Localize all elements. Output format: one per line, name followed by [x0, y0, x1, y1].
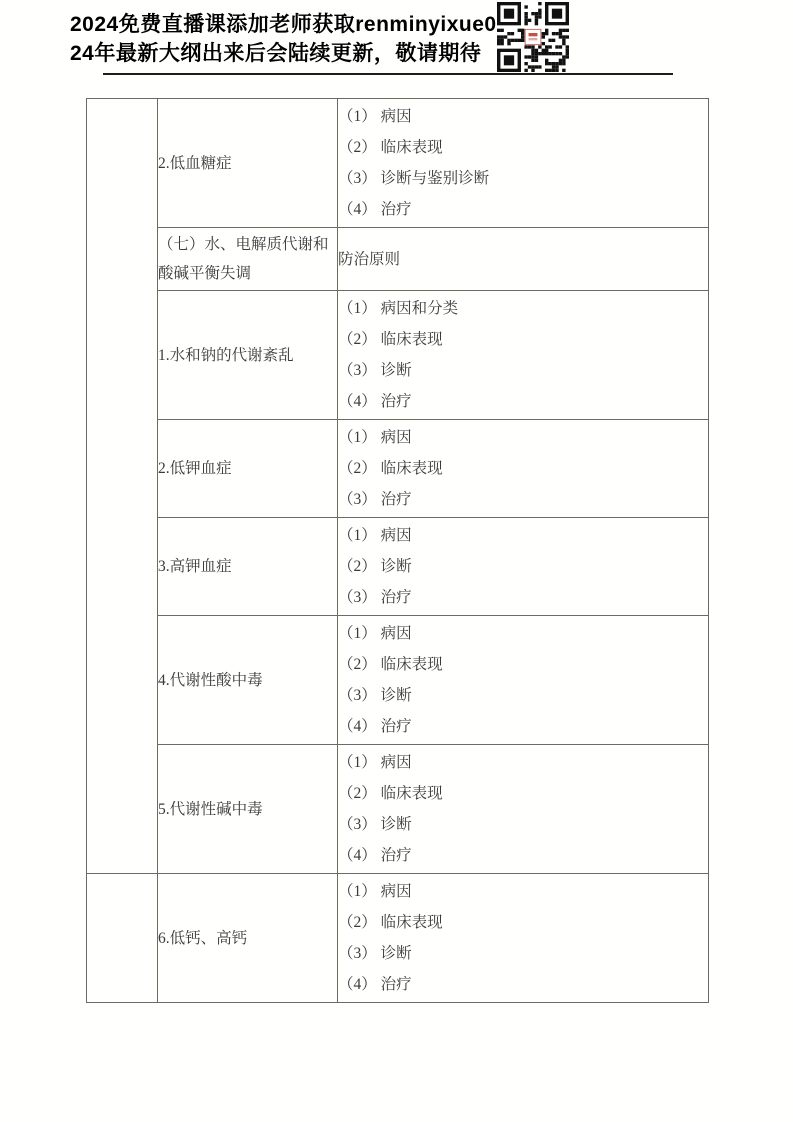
topic-cell: （七）水、电解质代谢和酸碱平衡失调	[158, 228, 338, 291]
item-line: （2） 诊断	[338, 551, 708, 582]
header-promo-line1: 2024免费直播课添加老师获取renminyixue001	[70, 10, 510, 39]
item-line: （2） 临床表现	[338, 324, 708, 355]
table-row: （七）水、电解质代谢和酸碱平衡失调防治原则	[87, 228, 709, 291]
item-line: （1） 病因和分类	[338, 293, 708, 324]
item-line: （3） 诊断	[338, 938, 708, 969]
topic-cell: 5.代谢性碱中毒	[158, 745, 338, 874]
header-divider	[103, 73, 673, 75]
items-cell: （1） 病因和分类（2） 临床表现（3） 诊断（4） 治疗	[338, 291, 709, 420]
header-promo-line2: 24年最新大纲出来后会陆续更新，敬请期待	[70, 39, 510, 68]
items-cell: （1） 病因（2） 临床表现（3） 治疗	[338, 420, 709, 518]
left-spanner-cell	[87, 874, 158, 1003]
item-line: （4） 治疗	[338, 711, 708, 742]
syllabus-table: 2.低血糖症（1） 病因（2） 临床表现（3） 诊断与鉴别诊断（4） 治疗（七）…	[86, 98, 709, 1003]
item-line: （1） 病因	[338, 422, 708, 453]
item-line: （4） 治疗	[338, 386, 708, 417]
document-page: 2024免费直播课添加老师获取renminyixue001 24年最新大纲出来后…	[0, 0, 793, 1122]
item-line: （3） 诊断	[338, 680, 708, 711]
item-line: （2） 临床表现	[338, 132, 708, 163]
header: 2024免费直播课添加老师获取renminyixue001 24年最新大纲出来后…	[70, 10, 510, 68]
item-line: （1） 病因	[338, 618, 708, 649]
item-line: （3） 治疗	[338, 582, 708, 613]
item-line: （1） 病因	[338, 876, 708, 907]
item-line: （2） 临床表现	[338, 778, 708, 809]
items-cell: （1） 病因（2） 临床表现（3） 诊断（4） 治疗	[338, 616, 709, 745]
item-line: 防治原则	[338, 244, 708, 275]
items-cell: （1） 病因（2） 临床表现（3） 诊断与鉴别诊断（4） 治疗	[338, 99, 709, 228]
item-line: （4） 治疗	[338, 194, 708, 225]
items-cell: （1） 病因（2） 临床表现（3） 诊断（4） 治疗	[338, 874, 709, 1003]
item-line: （2） 临床表现	[338, 907, 708, 938]
item-line: （2） 临床表现	[338, 649, 708, 680]
topic-cell: 2.低钾血症	[158, 420, 338, 518]
item-line: （1） 病因	[338, 520, 708, 551]
item-line: （4） 治疗	[338, 840, 708, 871]
table-row: 5.代谢性碱中毒（1） 病因（2） 临床表现（3） 诊断（4） 治疗	[87, 745, 709, 874]
table-row: 6.低钙、高钙（1） 病因（2） 临床表现（3） 诊断（4） 治疗	[87, 874, 709, 1003]
item-line: （3） 诊断	[338, 809, 708, 840]
topic-cell: 4.代谢性酸中毒	[158, 616, 338, 745]
items-cell: 防治原则	[338, 228, 709, 291]
topic-cell: 2.低血糖症	[158, 99, 338, 228]
item-line: （1） 病因	[338, 101, 708, 132]
table-row: 2.低血糖症（1） 病因（2） 临床表现（3） 诊断与鉴别诊断（4） 治疗	[87, 99, 709, 228]
item-line: （4） 治疗	[338, 969, 708, 1000]
table-row: 2.低钾血症（1） 病因（2） 临床表现（3） 治疗	[87, 420, 709, 518]
table-row: 3.高钾血症（1） 病因（2） 诊断（3） 治疗	[87, 518, 709, 616]
item-line: （3） 治疗	[338, 484, 708, 515]
topic-cell: 3.高钾血症	[158, 518, 338, 616]
items-cell: （1） 病因（2） 临床表现（3） 诊断（4） 治疗	[338, 745, 709, 874]
table-row: 4.代谢性酸中毒（1） 病因（2） 临床表现（3） 诊断（4） 治疗	[87, 616, 709, 745]
item-line: （2） 临床表现	[338, 453, 708, 484]
topic-cell: 1.水和钠的代谢紊乱	[158, 291, 338, 420]
item-line: （3） 诊断	[338, 355, 708, 386]
table-row: 1.水和钠的代谢紊乱（1） 病因和分类（2） 临床表现（3） 诊断（4） 治疗	[87, 291, 709, 420]
qr-code-icon	[497, 2, 569, 72]
item-line: （3） 诊断与鉴别诊断	[338, 163, 708, 194]
items-cell: （1） 病因（2） 诊断（3） 治疗	[338, 518, 709, 616]
topic-cell: 6.低钙、高钙	[158, 874, 338, 1003]
left-spanner-cell	[87, 99, 158, 874]
item-line: （1） 病因	[338, 747, 708, 778]
